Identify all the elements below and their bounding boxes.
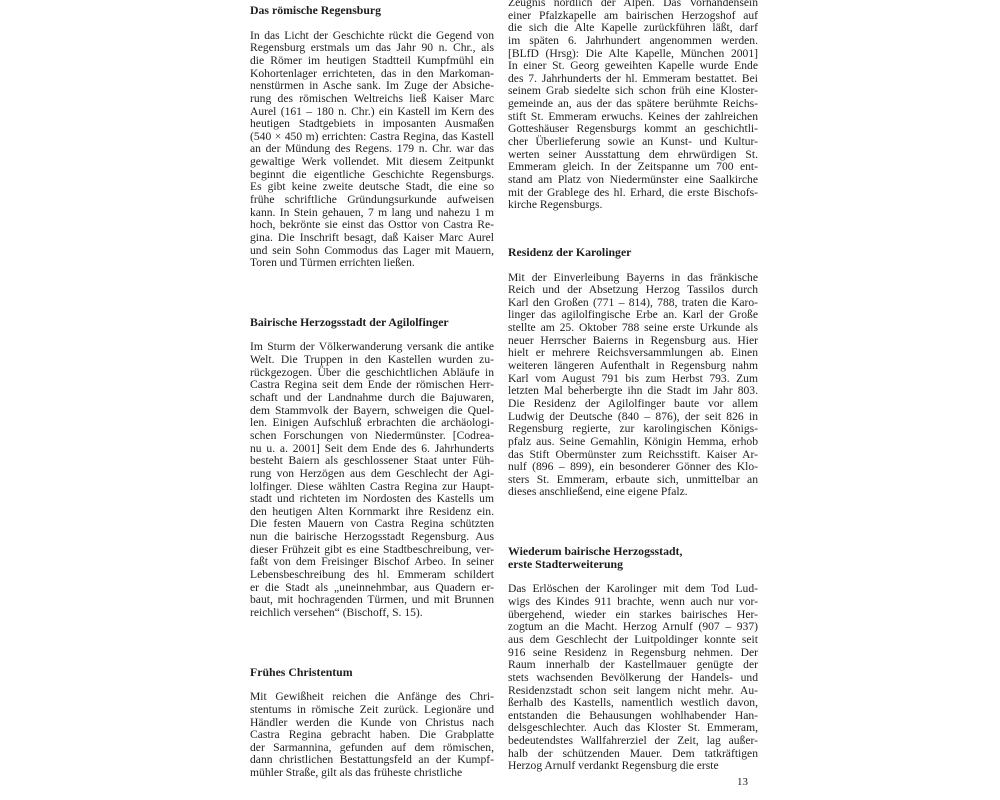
text-line: Raum innerhalb der Kastellmauer genügte … [508, 659, 758, 672]
text-line: In einer St. Georg geweihten Kapelle wur… [508, 60, 758, 73]
text-line: cher Überlieferung sowie an Kunst- und K… [508, 136, 758, 149]
text-line: Herzog Arnulf verdankt Regensburg die er… [508, 760, 758, 773]
text-line: schaft und der Landnahme durch die Bajuw… [250, 392, 494, 405]
right-text-column: Zeugnis nördlich der Alpen. Das Vorhande… [508, 0, 758, 773]
text-line: hoch, bekrönte sie einst das Osttor von … [250, 219, 494, 232]
text-line: aus dem Geschlecht der Luitpoldinger kon… [508, 634, 758, 647]
text-line: frühe schriftliche Gründungsurkunde aufw… [250, 194, 494, 207]
text-line: Reich und der Absetzung Herzog Tassilos … [508, 284, 758, 297]
section-spacer [250, 620, 494, 666]
text-line: kirche Regensburgs. [508, 199, 758, 212]
text-line: dieses anschließend, eine eigene Pfalz. [508, 486, 758, 499]
text-line: nun die bairische Herzogsstadt Regensbur… [250, 531, 494, 544]
text-line: die Römer im heutigen Stadtteil Kumpfmüh… [250, 55, 494, 68]
section-heading: erste Stadterweiterung [508, 558, 758, 571]
text-line: Mit Gewißheit reichen die Anfänge des Ch… [250, 691, 494, 704]
section-heading: Residenz der Karolinger [508, 246, 758, 259]
text-line: pfalz aus. Seine Gemahlin, Königin Hemma… [508, 436, 758, 449]
text-line: stadt und richteten im Nordosten des Kas… [250, 493, 494, 506]
text-line: schen Forschungen von Niedermünster. [Co… [250, 430, 494, 443]
text-line: Die Residenz der Agilolfinger baute vor … [508, 398, 758, 411]
heading-spacer [250, 17, 494, 30]
text-line: ßerhalb des Kastells, namentlich westlic… [508, 697, 758, 710]
section-spacer [508, 212, 758, 246]
section-heading: Bairische Herzogsstadt der Agilolfinger [250, 316, 494, 329]
text-line: nenstürmen in Asche sank. Im Zuge der Ab… [250, 80, 494, 93]
text-line: rung von Herzögen aus dem Geschlecht der… [250, 468, 494, 481]
text-line: bedeutendstes Wallfahrerziel der Zeit, l… [508, 735, 758, 748]
text-line: Lebensbeschreibung des hl. Emmeram schil… [250, 569, 494, 582]
text-line: stets wachsenden Bevölkerung der Handels… [508, 672, 758, 685]
text-line: stand am Platz von Niedermünster eine Sa… [508, 174, 758, 187]
text-line: stentums in römische Zeit zurück. Legion… [250, 704, 494, 717]
text-line: Toren und Türmen errichten ließen. [250, 257, 494, 270]
section-heading: Frühes Christentum [250, 666, 494, 679]
text-line: weiteren längeren Aufenthalt in Regensbu… [508, 360, 758, 373]
text-line: gina. Die Inschrift besagt, daß Kaiser M… [250, 232, 494, 245]
text-line: stellte am 25. Oktober 788 seine erste U… [508, 322, 758, 335]
text-line: mühler Straße, gilt als das früheste chr… [250, 767, 494, 780]
section-spacer [250, 270, 494, 316]
text-line: besteht Baiern als geschlossener Staat u… [250, 455, 494, 468]
text-line: wigs des Kindes 911 brachte, wenn auch n… [508, 596, 758, 609]
text-line: im späten 6. Jahrhundert angenommen werd… [508, 35, 758, 48]
text-line: Regensburg regierte, zur karolingischen … [508, 423, 758, 436]
text-line: gewaltige Werk vollendet. Mit diesem Zei… [250, 156, 494, 169]
text-line: rung des römischen Weltreichs ließ Kaise… [250, 93, 494, 106]
text-line: Castra Regina gebracht haben. Die Grabpl… [250, 729, 494, 742]
section-heading: Wiederum bairische Herzogsstadt, [508, 545, 758, 558]
heading-spacer [508, 259, 758, 272]
text-line: heutigen Stadtgebiets in imposanten Ausm… [250, 118, 494, 131]
section-spacer [508, 499, 758, 545]
section-heading: Das römische Regensburg [250, 4, 494, 17]
text-line: nulf (896 – 899), ein besonderer Gönner … [508, 461, 758, 474]
text-line: reichlich versehen“ (Bischoff, S. 15). [250, 607, 494, 620]
text-line: Welt. Die Truppen in den Kastellen wurde… [250, 354, 494, 367]
left-text-column: Das römische RegensburgIn das Licht der … [250, 4, 494, 780]
text-line: gemeinde an, aus der das spätere berühmt… [508, 98, 758, 111]
page-number: 13 [737, 776, 748, 788]
